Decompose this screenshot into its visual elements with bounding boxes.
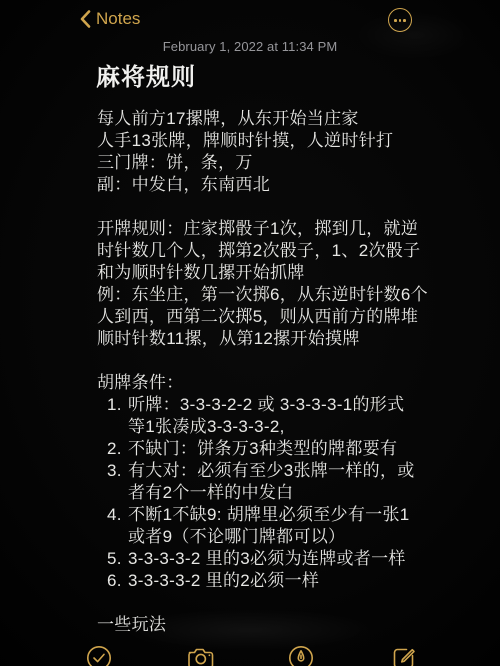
note-line: 5.3-3-3-3-2 里的3必须为连牌或者一样: [97, 548, 487, 570]
list-item-text: 有大对：必须有至少3张牌一样的，或: [128, 461, 415, 480]
note-line: 开牌规则：庄家掷骰子1次，掷到几，就逆: [97, 218, 487, 240]
note-line: 每人前方17摞牌，从东开始当庄家: [97, 108, 487, 130]
note-line: 一些玩法: [97, 614, 487, 636]
list-number: 5.: [107, 548, 128, 570]
pen-circle-icon[interactable]: [288, 645, 314, 666]
list-number: 3.: [107, 460, 128, 482]
check-circle-icon[interactable]: [86, 645, 112, 666]
list-item-text: 不缺门：饼条万3种类型的牌都要有: [128, 439, 397, 458]
note-line: 3.有大对：必须有至少3张牌一样的，或: [97, 460, 487, 482]
list-item-text: 3-3-3-3-2 里的2必须一样: [128, 571, 319, 590]
note-title: 麻将规则: [96, 57, 196, 92]
note-line: 和为顺时针数几摞开始抓牌: [97, 262, 487, 284]
ellipsis-dots: [394, 19, 406, 22]
note-line: 顺时针数11摞，从第12摞开始摸牌: [97, 328, 487, 350]
note-line: 胡牌条件：: [97, 372, 487, 394]
note-blank-line: [97, 350, 487, 372]
note-line: 1.听牌：3-3-3-2-2 或 3-3-3-3-1的形式: [97, 394, 487, 416]
note-line: 副：中发白，东南西北: [97, 174, 487, 196]
note-line: 人手13张牌，牌顺时针摸，人逆时针打: [97, 130, 487, 152]
note-blank-line: [97, 196, 487, 218]
list-item-text: 3-3-3-3-2 里的3必须为连牌或者一样: [128, 549, 406, 568]
compose-icon[interactable]: [391, 645, 417, 666]
back-button-label: Notes: [96, 7, 140, 31]
note-line: 者有2个一样的中发白: [97, 482, 487, 504]
list-number: 6.: [107, 570, 128, 592]
camera-icon[interactable]: [186, 645, 212, 666]
list-number: 1.: [107, 394, 128, 416]
nav-bar: Notes: [0, 0, 500, 36]
bottom-toolbar: [0, 645, 500, 666]
note-line: 时针数几个人，掷第2次骰子，1、2次骰子: [97, 240, 487, 262]
list-item-text: 听牌：3-3-3-2-2 或 3-3-3-3-1的形式: [128, 395, 404, 414]
note-line: 6.3-3-3-3-2 里的2必须一样: [97, 570, 487, 592]
ellipsis-circle-icon[interactable]: [388, 8, 412, 32]
note-body[interactable]: 每人前方17摞牌，从东开始当庄家人手13张牌，牌顺时针摸，人逆时针打三门牌：饼，…: [97, 108, 487, 636]
note-line: 等1张凑成3-3-3-3-2,: [97, 416, 487, 438]
note-line: 人到西，西第二次掷5，则从西前方的牌堆: [97, 306, 487, 328]
note-date: February 1, 2022 at 11:34 PM: [0, 39, 500, 54]
note-line: 4.不断1不缺9: 胡牌里必须至少有一张1: [97, 504, 487, 526]
note-line: 2.不缺门：饼条万3种类型的牌都要有: [97, 438, 487, 460]
note-line: 或者9（不论哪门牌都可以）: [97, 526, 487, 548]
list-number: 4.: [107, 504, 128, 526]
list-number: 2.: [107, 438, 128, 460]
note-blank-line: [97, 592, 487, 614]
note-line: 三门牌：饼，条，万: [97, 152, 487, 174]
chevron-left-icon: [80, 10, 91, 28]
list-item-text: 不断1不缺9: 胡牌里必须至少有一张1: [128, 505, 410, 524]
back-button[interactable]: Notes: [80, 7, 140, 31]
note-line: 例：东坐庄，第一次掷6，从东逆时针数6个: [97, 284, 487, 306]
